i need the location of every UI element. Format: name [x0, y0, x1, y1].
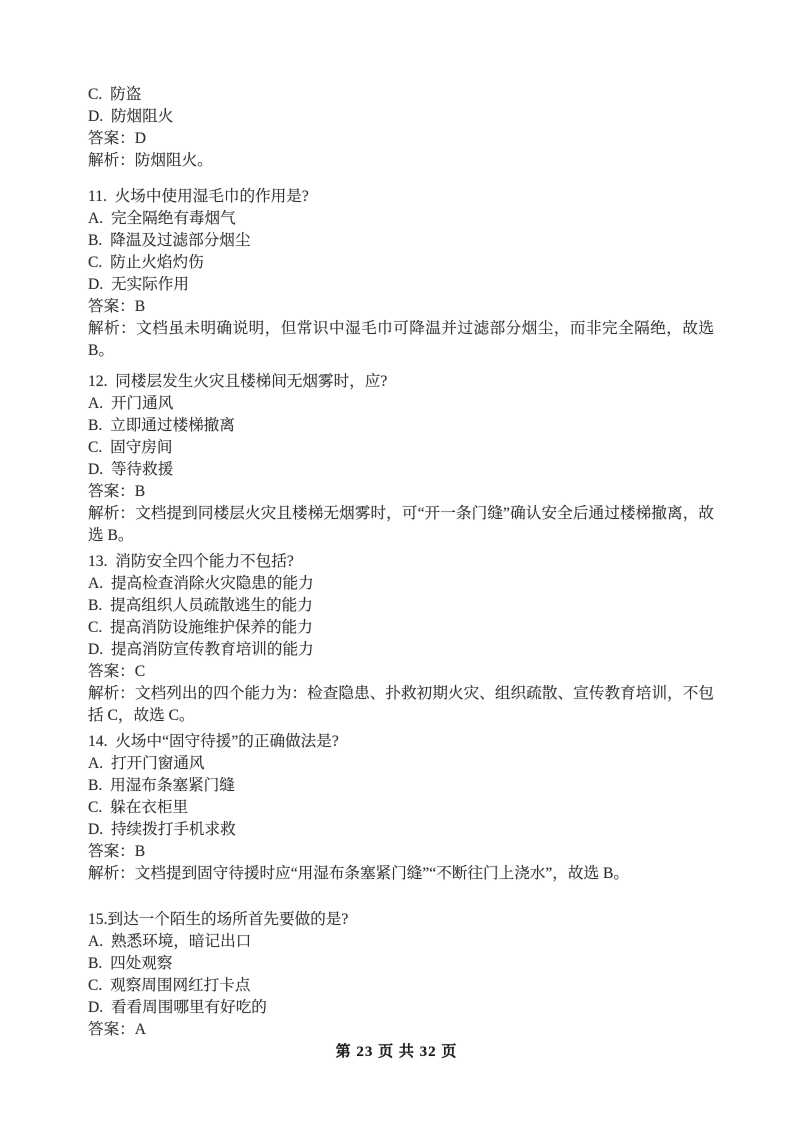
text-line: C. 固守房间: [88, 437, 714, 459]
text-line: D. 提高消防宣传教育培训的能力: [88, 639, 714, 661]
text-line: 15.到达一个陌生的场所首先要做的是?: [88, 909, 714, 931]
text-line: D. 持续拨打手机求救: [88, 819, 714, 841]
text-line: 14. 火场中“固守待援”的正确做法是?: [88, 731, 714, 753]
text-line: 解析：文档列出的四个能力为：检查隐患、扑救初期火灾、组织疏散、宣传教育培训，不包…: [88, 683, 714, 727]
text-line: 答案：C: [88, 661, 714, 683]
text-line: 答案：A: [88, 1019, 714, 1041]
question-15: 15.到达一个陌生的场所首先要做的是?A. 熟悉环境，暗记出口B. 四处观察C.…: [88, 909, 714, 1041]
page-footer: 第 23 页 共 32 页: [0, 1040, 793, 1061]
document-page: C. 防盗D. 防烟阻火答案：D解析：防烟阻火。11. 火场中使用湿毛巾的作用是…: [0, 0, 793, 1122]
text-line: C. 防盗: [88, 84, 714, 106]
text-line: D. 看看周围哪里有好吃的: [88, 997, 714, 1019]
text-line: A. 提高检查消除火灾隐患的能力: [88, 573, 714, 595]
text-line: A. 熟悉环境，暗记出口: [88, 931, 714, 953]
text-line: 答案：B: [88, 296, 714, 318]
text-line: 12. 同楼层发生火灾且楼梯间无烟雾时，应?: [88, 371, 714, 393]
question-14: 14. 火场中“固守待援”的正确做法是?A. 打开门窗通风B. 用湿布条塞紧门缝…: [88, 731, 714, 885]
text-line: B. 降温及过滤部分烟尘: [88, 230, 714, 252]
text-line: 答案：B: [88, 841, 714, 863]
question-11: 11. 火场中使用湿毛巾的作用是?A. 完全隔绝有毒烟气B. 降温及过滤部分烟尘…: [88, 186, 714, 362]
text-line: 11. 火场中使用湿毛巾的作用是?: [88, 186, 714, 208]
text-line: 答案：B: [88, 481, 714, 503]
text-line: 答案：D: [88, 128, 714, 150]
text-line: B. 用湿布条塞紧门缝: [88, 775, 714, 797]
document-body: C. 防盗D. 防烟阻火答案：D解析：防烟阻火。11. 火场中使用湿毛巾的作用是…: [88, 84, 714, 1041]
text-line: A. 开门通风: [88, 393, 714, 415]
text-line: B. 四处观察: [88, 953, 714, 975]
question-13: 13. 消防安全四个能力不包括?A. 提高检查消除火灾隐患的能力B. 提高组织人…: [88, 551, 714, 727]
text-line: C. 观察周围网红打卡点: [88, 975, 714, 997]
text-line: C. 躲在衣柜里: [88, 797, 714, 819]
text-line: B. 立即通过楼梯撤离: [88, 415, 714, 437]
text-line: 13. 消防安全四个能力不包括?: [88, 551, 714, 573]
question-12: 12. 同楼层发生火灾且楼梯间无烟雾时，应?A. 开门通风B. 立即通过楼梯撤离…: [88, 371, 714, 547]
text-line: C. 提高消防设施维护保养的能力: [88, 617, 714, 639]
text-line: A. 打开门窗通风: [88, 753, 714, 775]
text-line: D. 无实际作用: [88, 274, 714, 296]
text-line: D. 等待救援: [88, 459, 714, 481]
text-line: 解析：文档提到同楼层火灾且楼梯无烟雾时，可“开一条门缝”确认安全后通过楼梯撤离，…: [88, 503, 714, 547]
text-line: D. 防烟阻火: [88, 106, 714, 128]
text-line: B. 提高组织人员疏散逃生的能力: [88, 595, 714, 617]
question-10-partial: C. 防盗D. 防烟阻火答案：D解析：防烟阻火。: [88, 84, 714, 172]
text-line: A. 完全隔绝有毒烟气: [88, 208, 714, 230]
text-line: 解析：防烟阻火。: [88, 150, 714, 172]
text-line: C. 防止火焰灼伤: [88, 252, 714, 274]
text-line: 解析：文档虽未明确说明，但常识中湿毛巾可降温并过滤部分烟尘，而非完全隔绝，故选 …: [88, 318, 714, 362]
text-line: 解析：文档提到固守待援时应“用湿布条塞紧门缝”“不断往门上浇水”，故选 B。: [88, 863, 714, 885]
